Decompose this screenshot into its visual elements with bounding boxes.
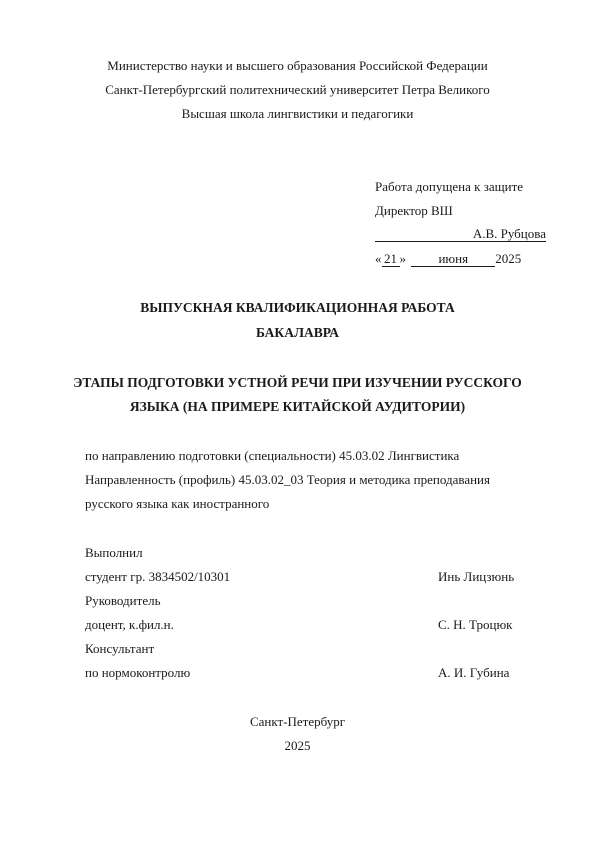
signature-line: А.В. Рубцова — [375, 227, 546, 242]
consultant-detail: по нормоконтролю — [85, 665, 190, 681]
school-name: Высшая школа лингвистики и педагогики — [0, 106, 595, 122]
work-type-line1: ВЫПУСКНАЯ КВАЛИФИКАЦИОННАЯ РАБОТА — [0, 300, 595, 316]
supervisor-name: С. Н. Троцюк — [438, 617, 513, 633]
program-profile: Направленность (профиль) 45.03.02_03 Тео… — [85, 472, 490, 488]
program-profile-cont: русского языка как иностранного — [85, 496, 269, 512]
consultant-name: А. И. Губина — [438, 665, 509, 681]
ministry-name: Министерство науки и высшего образования… — [0, 58, 595, 74]
work-type-line2: БАКАЛАВРА — [0, 325, 595, 341]
date-close-quote: » — [400, 251, 407, 266]
university-name: Санкт-Петербургский политехнический унив… — [0, 82, 595, 98]
date-year: 2025 — [495, 251, 521, 266]
date-month-text: июня — [438, 251, 468, 266]
footer-year: 2025 — [0, 738, 595, 754]
author-name: Инь Лицзюнь — [438, 569, 514, 585]
thesis-title-line2: ЯЗЫКА (НА ПРИМЕРЕ КИТАЙСКОЙ АУДИТОРИИ) — [0, 399, 595, 415]
approval-date: «21» июня2025 — [375, 251, 521, 267]
program-direction: по направлению подготовки (специальности… — [85, 448, 459, 464]
author-role: Выполнил — [85, 545, 143, 561]
thesis-title-line1: ЭТАПЫ ПОДГОТОВКИ УСТНОЙ РЕЧИ ПРИ ИЗУЧЕНИ… — [0, 375, 595, 391]
director-label: Директор ВШ — [375, 203, 453, 219]
supervisor-detail: доцент, к.фил.н. — [85, 617, 174, 633]
footer-city: Санкт-Петербург — [0, 714, 595, 730]
approval-label: Работа допущена к защите — [375, 179, 523, 195]
date-month: июня — [411, 252, 495, 267]
author-detail: студент гр. 3834502/10301 — [85, 569, 230, 585]
date-day: 21 — [382, 252, 400, 267]
supervisor-role: Руководитель — [85, 593, 161, 609]
signatory-name: А.В. Рубцова — [473, 226, 546, 241]
consultant-role: Консультант — [85, 641, 154, 657]
